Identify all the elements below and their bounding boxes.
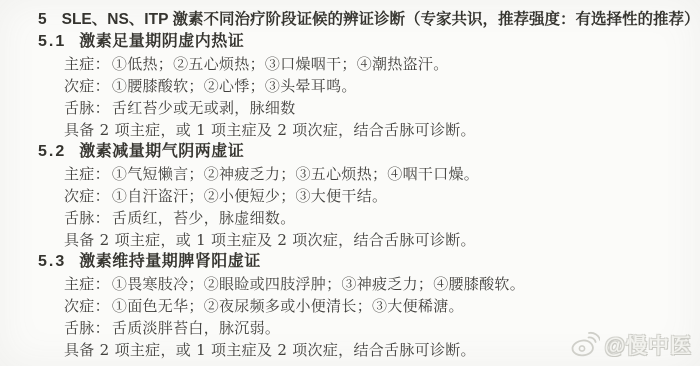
main-symptoms-text: ①气短懒言；②神疲乏力；③五心烦热；④咽干口燥。 (112, 165, 479, 183)
document-content: 5SLE、NS、ITP 激素不同治疗阶段证候的辨证诊断（专家共识，推荐强度：有选… (0, 0, 700, 361)
tongue-pulse-line: 舌脉：舌质红，苔少，脉虚细数。 (0, 207, 700, 229)
section-heading-5-2: 5.2激素减量期气阴两虚证 (0, 141, 700, 163)
main-symptoms-text: ①畏寒肢冷；②眼睑或四肢浮肿；③神疲乏力；④腰膝酸软。 (112, 275, 525, 293)
weibo-handle: @慢中医 (605, 330, 692, 360)
tongue-pulse-text: 舌红苔少或无或剥，脉细数 (112, 99, 296, 117)
tongue-pulse-label: 舌脉： (64, 319, 110, 337)
main-symptoms-label: 主症： (64, 165, 110, 183)
main-symptoms-line: 主症：①气短懒言；②神疲乏力；③五心烦热；④咽干口燥。 (0, 163, 700, 185)
diagnosis-rule-text: 具备 2 项主症，或 1 项主症及 2 项次症，结合舌脉可诊断。 (64, 341, 476, 359)
document-title: 5SLE、NS、ITP 激素不同治疗阶段证候的辨证诊断（专家共识，推荐强度：有选… (0, 9, 700, 31)
secondary-symptoms-label: 次症： (64, 77, 110, 95)
section-number: 5.1 (38, 33, 66, 50)
document-title-text: SLE、NS、ITP 激素不同治疗阶段证候的辨证诊断（专家共识，推荐强度：有选择… (62, 11, 700, 28)
diagnosis-rule-line: 具备 2 项主症，或 1 项主症及 2 项次症，结合舌脉可诊断。 (0, 229, 700, 251)
section-title: 激素维持量期脾肾阳虚证 (79, 253, 261, 270)
main-symptoms-line: 主症：①低热；②五心烦热；③口燥咽干；④潮热盗汗。 (0, 53, 700, 75)
secondary-symptoms-label: 次症： (64, 187, 110, 205)
section-number: 5.2 (38, 143, 66, 160)
section-title: 激素减量期气阴两虚证 (79, 143, 244, 160)
secondary-symptoms-label: 次症： (64, 297, 110, 315)
secondary-symptoms-line: 次症：①自汗盗汗；②小便短少；③大便干结。 (0, 185, 700, 207)
tongue-pulse-label: 舌脉： (64, 99, 110, 117)
weibo-logo-icon (570, 331, 600, 359)
secondary-symptoms-line: 次症：①腰膝酸软；②心悸；③头晕耳鸣。 (0, 75, 700, 97)
section-number: 5.3 (38, 253, 66, 270)
diagnosis-rule-line: 具备 2 项主症，或 1 项主症及 2 项次症，结合舌脉可诊断。 (0, 119, 700, 141)
diagnosis-rule-text: 具备 2 项主症，或 1 项主症及 2 项次症，结合舌脉可诊断。 (64, 231, 476, 249)
main-symptoms-line: 主症：①畏寒肢冷；②眼睑或四肢浮肿；③神疲乏力；④腰膝酸软。 (0, 273, 700, 295)
section-title: 激素足量期阴虚内热证 (79, 33, 244, 50)
diagnosis-rule-text: 具备 2 项主症，或 1 项主症及 2 项次症，结合舌脉可诊断。 (64, 121, 476, 139)
section-heading-5-3: 5.3激素维持量期脾肾阳虚证 (0, 251, 700, 273)
tongue-pulse-text: 舌质淡胖苔白，脉沉弱。 (112, 319, 280, 337)
secondary-symptoms-text: ①腰膝酸软；②心悸；③头晕耳鸣。 (112, 77, 357, 95)
main-symptoms-label: 主症： (64, 55, 110, 73)
main-symptoms-label: 主症： (64, 275, 110, 293)
weibo-watermark: @慢中医 (570, 330, 692, 360)
document-title-number: 5 (38, 11, 49, 28)
secondary-symptoms-text: ①面色无华；②夜尿频多或小便清长；③大便稀溏。 (112, 297, 464, 315)
main-symptoms-text: ①低热；②五心烦热；③口燥咽干；④潮热盗汗。 (112, 55, 449, 73)
tongue-pulse-label: 舌脉： (64, 209, 110, 227)
section-heading-5-1: 5.1激素足量期阴虚内热证 (0, 31, 700, 53)
scanned-document-page: 5SLE、NS、ITP 激素不同治疗阶段证候的辨证诊断（专家共识，推荐强度：有选… (0, 0, 700, 366)
tongue-pulse-line: 舌脉：舌红苔少或无或剥，脉细数 (0, 97, 700, 119)
tongue-pulse-text: 舌质红，苔少，脉虚细数。 (112, 209, 296, 227)
secondary-symptoms-line: 次症：①面色无华；②夜尿频多或小便清长；③大便稀溏。 (0, 295, 700, 317)
secondary-symptoms-text: ①自汗盗汗；②小便短少；③大便干结。 (112, 187, 387, 205)
